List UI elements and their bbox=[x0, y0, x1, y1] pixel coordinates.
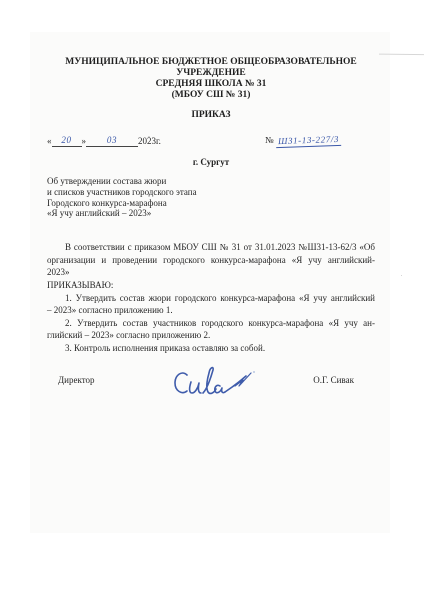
org-name-line: УЧРЕЖДЕНИЕ bbox=[47, 68, 375, 79]
order-item-line: – 2023» согласно приложению 1. bbox=[47, 304, 375, 317]
intro-line: В соответствии с приказом МБОУ СШ № 31 о… bbox=[47, 241, 375, 254]
scan-artifact-line bbox=[379, 54, 424, 56]
order-number-field: № Ш31-13-227/3 bbox=[265, 135, 341, 147]
date-year: 2023г. bbox=[138, 136, 161, 146]
org-name-line: СРЕДНЯЯ ШКОЛА № 31 bbox=[47, 79, 375, 90]
organization-name: МУНИЦИПАЛЬНОЕ БЮДЖЕТНОЕ ОБЩЕОБРАЗОВАТЕЛЬ… bbox=[47, 57, 375, 101]
requisites-row: «20»032023г. № Ш31-13-227/3 bbox=[47, 135, 375, 148]
subject-line: Городского конкурса-марафона bbox=[47, 198, 375, 209]
document-type-title: ПРИКАЗ bbox=[47, 110, 375, 121]
subject-line: Об утверждении состава жюри bbox=[47, 176, 375, 187]
order-item-line: 1. Утвердить состав жюри городского конк… bbox=[47, 292, 375, 305]
order-number-handwritten: Ш31-13-227/3 bbox=[276, 134, 341, 148]
subject-block: Об утверждении состава жюри и списков уч… bbox=[47, 176, 375, 219]
org-name-line: МУНИЦИПАЛЬНОЕ БЮДЖЕТНОЕ ОБЩЕОБРАЗОВАТЕЛЬ… bbox=[47, 57, 375, 68]
subject-line: «Я учу английский – 2023» bbox=[47, 208, 375, 219]
subject-line: и списков участников городского этапа bbox=[47, 187, 375, 198]
date-month-handwritten: 03 bbox=[86, 135, 138, 147]
scanned-page: МУНИЦИПАЛЬНОЕ БЮДЖЕТНОЕ ОБЩЕОБРАЗОВАТЕЛЬ… bbox=[30, 32, 390, 533]
signer-title: Директор bbox=[58, 375, 95, 386]
org-name-line: (МБОУ СШ № 31) bbox=[47, 90, 375, 101]
order-item-line: 3. Контроль исполнения приказа оставляю … bbox=[47, 342, 375, 355]
city-line: г. Сургут bbox=[47, 157, 375, 168]
intro-line: 2023» bbox=[47, 266, 375, 279]
order-item-line: 2. Утвердить состав участников городског… bbox=[47, 317, 375, 330]
signature-row: Директор О.Г. Сивак bbox=[47, 372, 375, 412]
order-word: ПРИКАЗЫВАЮ: bbox=[47, 279, 375, 292]
signer-name: О.Г. Сивак bbox=[313, 375, 354, 386]
signature-autograph bbox=[167, 360, 257, 405]
date-day-handwritten: 20 bbox=[52, 135, 82, 147]
order-item-line: глийский – 2023» согласно приложению 2. bbox=[47, 329, 375, 342]
scan-speck bbox=[401, 275, 402, 276]
intro-line: организации и проведении городского конк… bbox=[47, 254, 375, 267]
order-body: В соответствии с приказом МБОУ СШ № 31 о… bbox=[47, 241, 375, 354]
number-sign: № bbox=[265, 135, 274, 145]
date-field: «20»032023г. bbox=[47, 135, 161, 147]
document-content: МУНИЦИПАЛЬНОЕ БЮДЖЕТНОЕ ОБЩЕОБРАЗОВАТЕЛЬ… bbox=[47, 57, 375, 412]
